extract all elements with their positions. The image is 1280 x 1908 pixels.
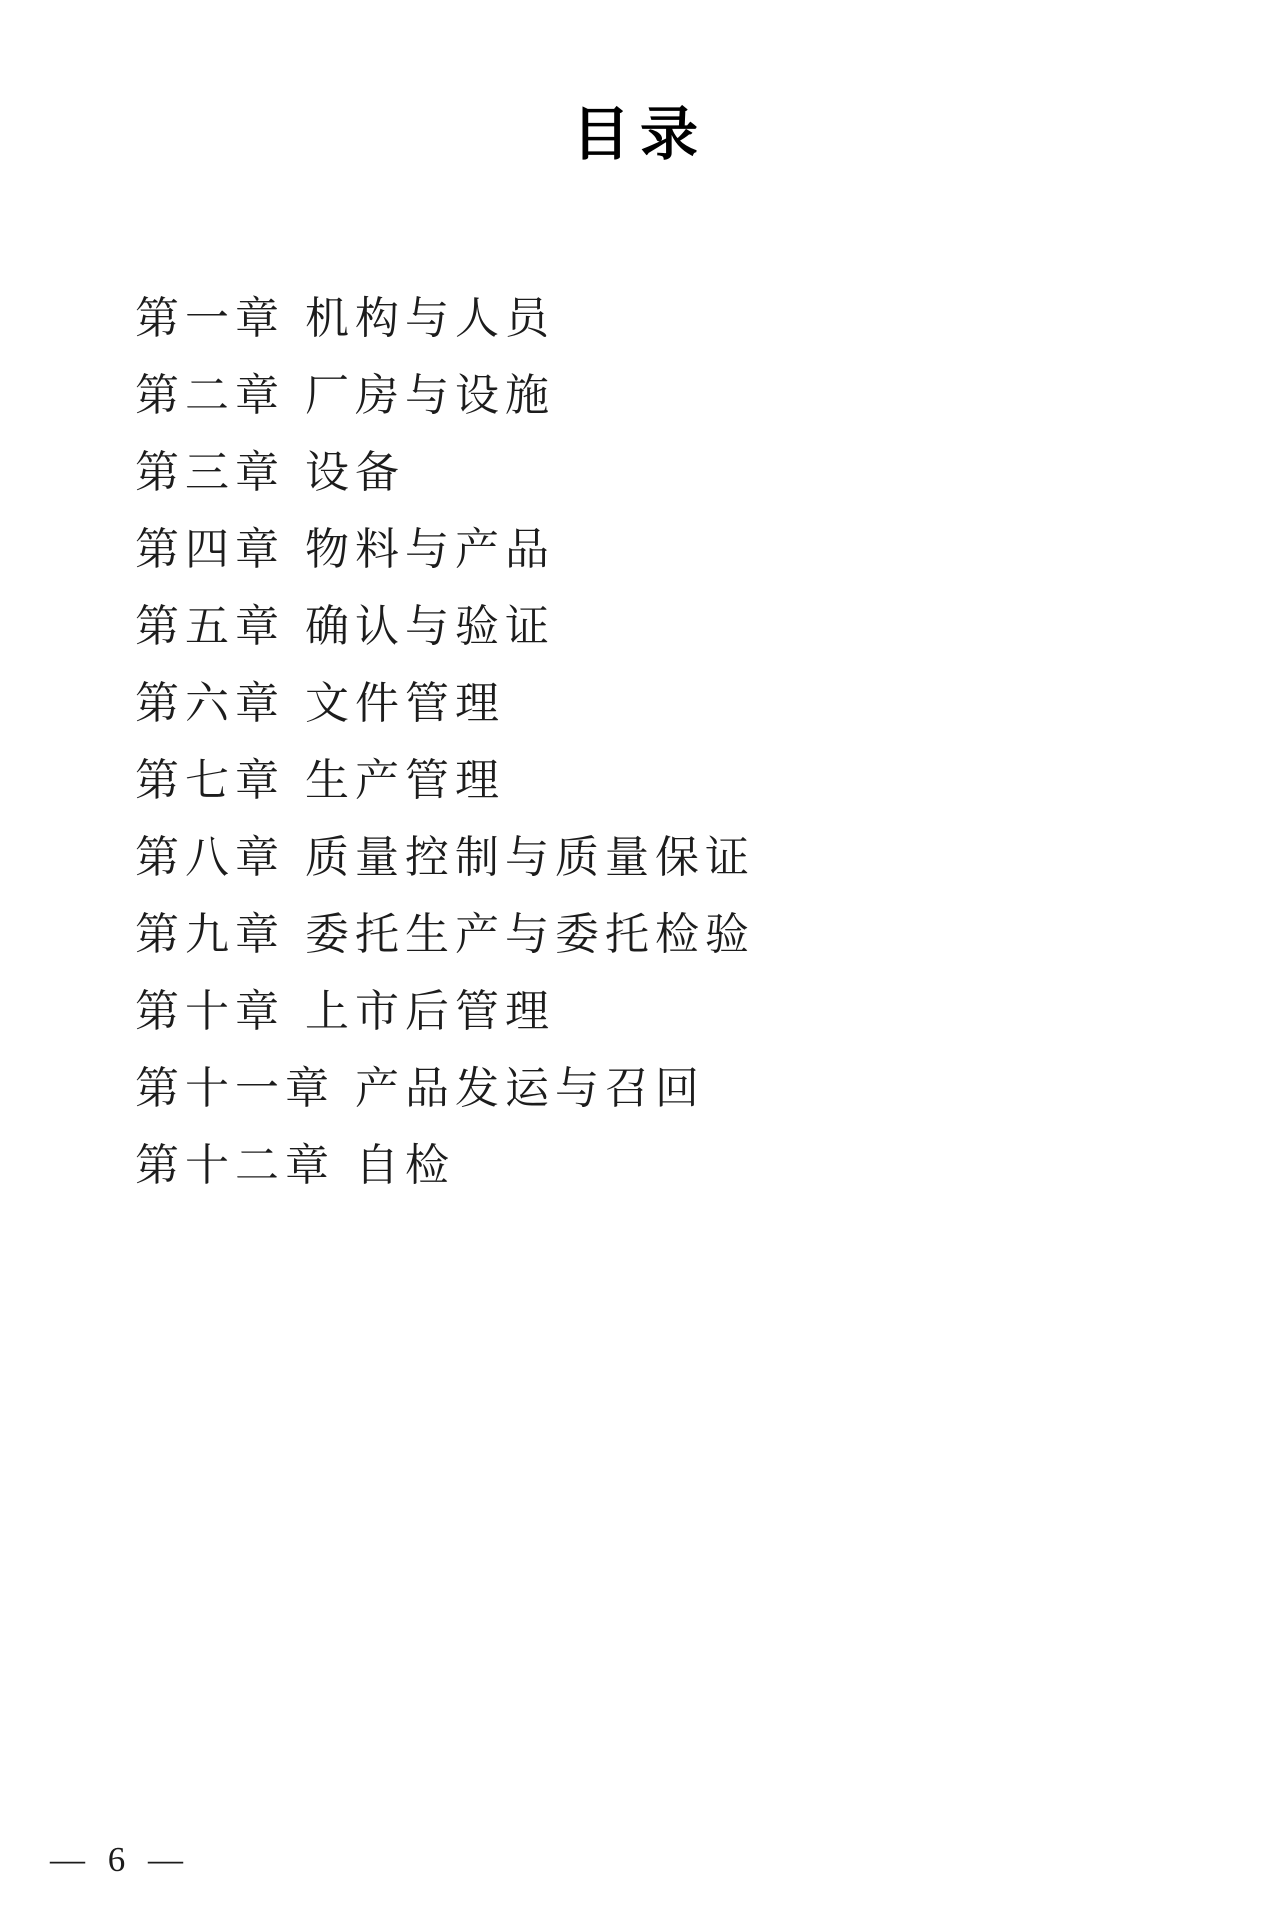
toc-chapter-title: 设备 [305,434,405,511]
toc-chapter-label: 第十章 [135,973,285,1050]
toc-chapter-title: 机构与人员 [305,280,555,357]
toc-entry: 第六章 文件管理 [135,665,1280,742]
toc-entry: 第十一章 产品发运与召回 [135,1050,1280,1127]
toc-chapter-label: 第八章 [135,819,285,896]
toc-entry: 第十章 上市后管理 [135,973,1280,1050]
toc-chapter-title: 物料与产品 [305,511,555,588]
page-number: — 6 — [50,1840,185,1880]
toc-chapter-title: 生产管理 [305,742,505,819]
toc-chapter-label: 第十二章 [135,1127,335,1204]
toc-chapter-label: 第一章 [135,280,285,357]
toc-entry: 第一章 机构与人员 [135,280,1280,357]
toc-entry: 第八章 质量控制与质量保证 [135,819,1280,896]
document-page: 目录 第一章 机构与人员 第二章 厂房与设施 第三章 设备 第四章 物料与产品 … [0,0,1280,1908]
toc-chapter-label: 第五章 [135,588,285,665]
toc-entry: 第九章 委托生产与委托检验 [135,896,1280,973]
table-of-contents: 第一章 机构与人员 第二章 厂房与设施 第三章 设备 第四章 物料与产品 第五章… [135,280,1280,1204]
toc-entry: 第五章 确认与验证 [135,588,1280,665]
toc-chapter-title: 厂房与设施 [305,357,555,434]
toc-chapter-title: 委托生产与委托检验 [305,896,755,973]
toc-entry: 第十二章 自检 [135,1127,1280,1204]
toc-chapter-title: 质量控制与质量保证 [305,819,755,896]
toc-chapter-label: 第十一章 [135,1050,335,1127]
toc-chapter-title: 文件管理 [305,665,505,742]
page-title: 目录 [0,0,1280,176]
toc-chapter-label: 第九章 [135,896,285,973]
toc-chapter-title: 产品发运与召回 [355,1050,705,1127]
toc-chapter-label: 第六章 [135,665,285,742]
toc-chapter-title: 自检 [355,1127,455,1204]
toc-entry: 第四章 物料与产品 [135,511,1280,588]
toc-chapter-title: 上市后管理 [305,973,555,1050]
toc-chapter-label: 第三章 [135,434,285,511]
toc-chapter-label: 第四章 [135,511,285,588]
toc-entry: 第二章 厂房与设施 [135,357,1280,434]
toc-chapter-label: 第二章 [135,357,285,434]
toc-entry: 第七章 生产管理 [135,742,1280,819]
toc-chapter-label: 第七章 [135,742,285,819]
toc-chapter-title: 确认与验证 [305,588,555,665]
toc-entry: 第三章 设备 [135,434,1280,511]
